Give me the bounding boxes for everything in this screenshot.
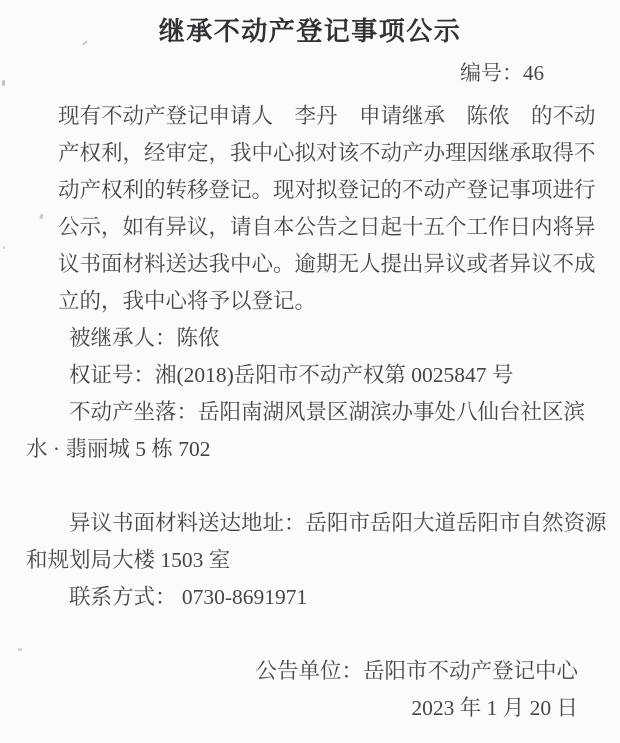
location-line-1: 不动产坐落：岳阳南湖风景区湖滨办事处八仙台社区滨 (26, 394, 620, 431)
serial-number: 编号：46 (0, 58, 620, 88)
location-line-2: 水 · 翡丽城 5 栋 702 (26, 431, 620, 468)
body-line-4: 公示，如有异议，请自本公告之日起十五个工作日内将异 (58, 209, 620, 246)
issuer-line: 公告单位：岳阳市不动产登记中心 (26, 653, 620, 690)
blank-line (26, 468, 620, 505)
body-line-3: 动产权利的转移登记。现对拟登记的不动产登记事项进行 (58, 172, 620, 209)
body-line-6: 立的，我中心将予以登记。 (58, 283, 620, 320)
notice-document: 继承不动产登记事项公示 编号：46 现有不动产登记申请人 李丹 申请继承 陈侬 … (0, 0, 620, 743)
date-line: 2023 年 1 月 20 日 (26, 690, 620, 727)
notice-title: 继承不动产登记事项公示 (0, 13, 620, 49)
blank-line (26, 616, 620, 653)
heir-line: 被继承人：陈侬 (26, 320, 620, 357)
body-line-2: 产权利，经审定，我中心拟对该不动产办理因继承取得不 (58, 135, 620, 172)
certificate-line: 权证号：湘(2018)岳阳市不动产权第 0025847 号 (26, 357, 620, 394)
scan-speck (3, 246, 5, 249)
notice-body: 现有不动产登记申请人 李丹 申请继承 陈侬 的不动 产权利，经审定，我中心拟对该… (0, 98, 620, 727)
body-line-1: 现有不动产登记申请人 李丹 申请继承 陈侬 的不动 (58, 98, 620, 135)
scan-speck (2, 80, 5, 86)
objection-address-line-1: 异议书面材料送达地址：岳阳市岳阳大道岳阳市自然资源 (26, 505, 620, 542)
objection-address-line-2: 和规划局大楼 1503 室 (26, 542, 620, 579)
scan-speck (18, 648, 22, 651)
body-line-5: 议书面材料送达我中心。逾期无人提出异议或者异议不成 (58, 246, 620, 283)
contact-line: 联系方式： 0730-8691971 (26, 579, 620, 616)
